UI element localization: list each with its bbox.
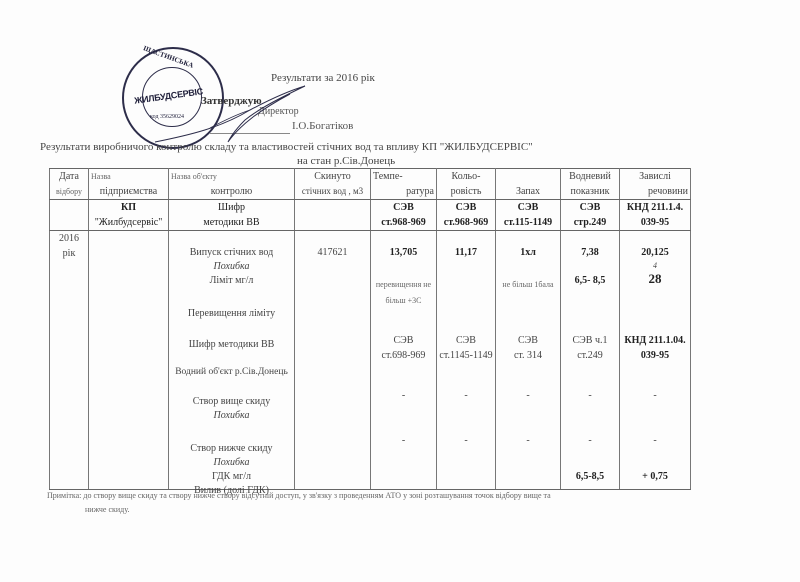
col-header-object: Назва об'єктуконтролю (169, 169, 295, 200)
odor-cell: 1хл не більш 1бала СЭВ ст. 314 - - (496, 231, 561, 490)
enterprise-cell (89, 231, 169, 490)
col-header-suspended: Зависліречовини (620, 169, 691, 200)
footnote-continuation: нижче скиду. (85, 505, 129, 514)
color-cell: 11,17 СЭВ ст.1145-1149 - - (437, 231, 496, 490)
method-ph: СЭВстр.249 (561, 200, 620, 231)
stamp-ring-text: ЩАСТИНСЬКА (142, 44, 194, 70)
volume-cell: 417621 (295, 231, 371, 490)
col-header-enterprise: Назвапідприємства (89, 169, 169, 200)
object-cell: Випуск стічних вод Похибка Ліміт мг/л Пе… (169, 231, 295, 490)
document-title: Результати виробничого контролю складу т… (40, 141, 533, 153)
method-odor: СЭВст.115-1149 (496, 200, 561, 231)
col-header-volume: Скинутостічних вод , м3 (295, 169, 371, 200)
method-row: КП"Жилбудсервіс" Шифрметодики ВВ СЭВст.9… (50, 200, 691, 231)
footnote: Примітка: до створу вище скиду та створу… (47, 491, 551, 500)
document-subtitle: на стан р.Сів.Донець (297, 155, 395, 167)
results-table: Датавідбору Назвапідприємства Назва об'є… (49, 168, 691, 490)
col-header-odor: Запах (496, 169, 561, 200)
signer-name: І.О.Богатіков (292, 120, 353, 132)
signature-icon (150, 80, 310, 150)
col-header-date: Датавідбору (50, 169, 89, 200)
ph-cell: 7,38 6,5- 8,5 СЭВ ч.1 ст.249 - - 6,5-8,5 (561, 231, 620, 490)
discharge-volume: 417621 (297, 245, 368, 260)
suspended-cell: 20,125 4 28 КНД 211.1.04. 039-95 - - + 0… (620, 231, 691, 490)
sample-date: 2016рік (50, 231, 89, 490)
method-suspended: КНД 211.1.4.039-95 (620, 200, 691, 231)
method-object: Шифрметодики ВВ (169, 200, 295, 231)
temperature-cell: 13,705 перевищення не більш +3С СЭВ ст.6… (371, 231, 437, 490)
col-header-color: Кольо-ровість (437, 169, 496, 200)
data-row-2016: 2016рік Випуск стічних вод Похибка Ліміт… (50, 231, 691, 490)
col-header-temperature: Темпе-ратура (371, 169, 437, 200)
method-color: СЭВст.968-969 (437, 200, 496, 231)
header-row: Датавідбору Назвапідприємства Назва об'є… (50, 169, 691, 200)
method-temperature: СЭВст.968-969 (371, 200, 437, 231)
method-enterprise: КП"Жилбудсервіс" (89, 200, 169, 231)
col-header-ph: Водневийпоказник (561, 169, 620, 200)
